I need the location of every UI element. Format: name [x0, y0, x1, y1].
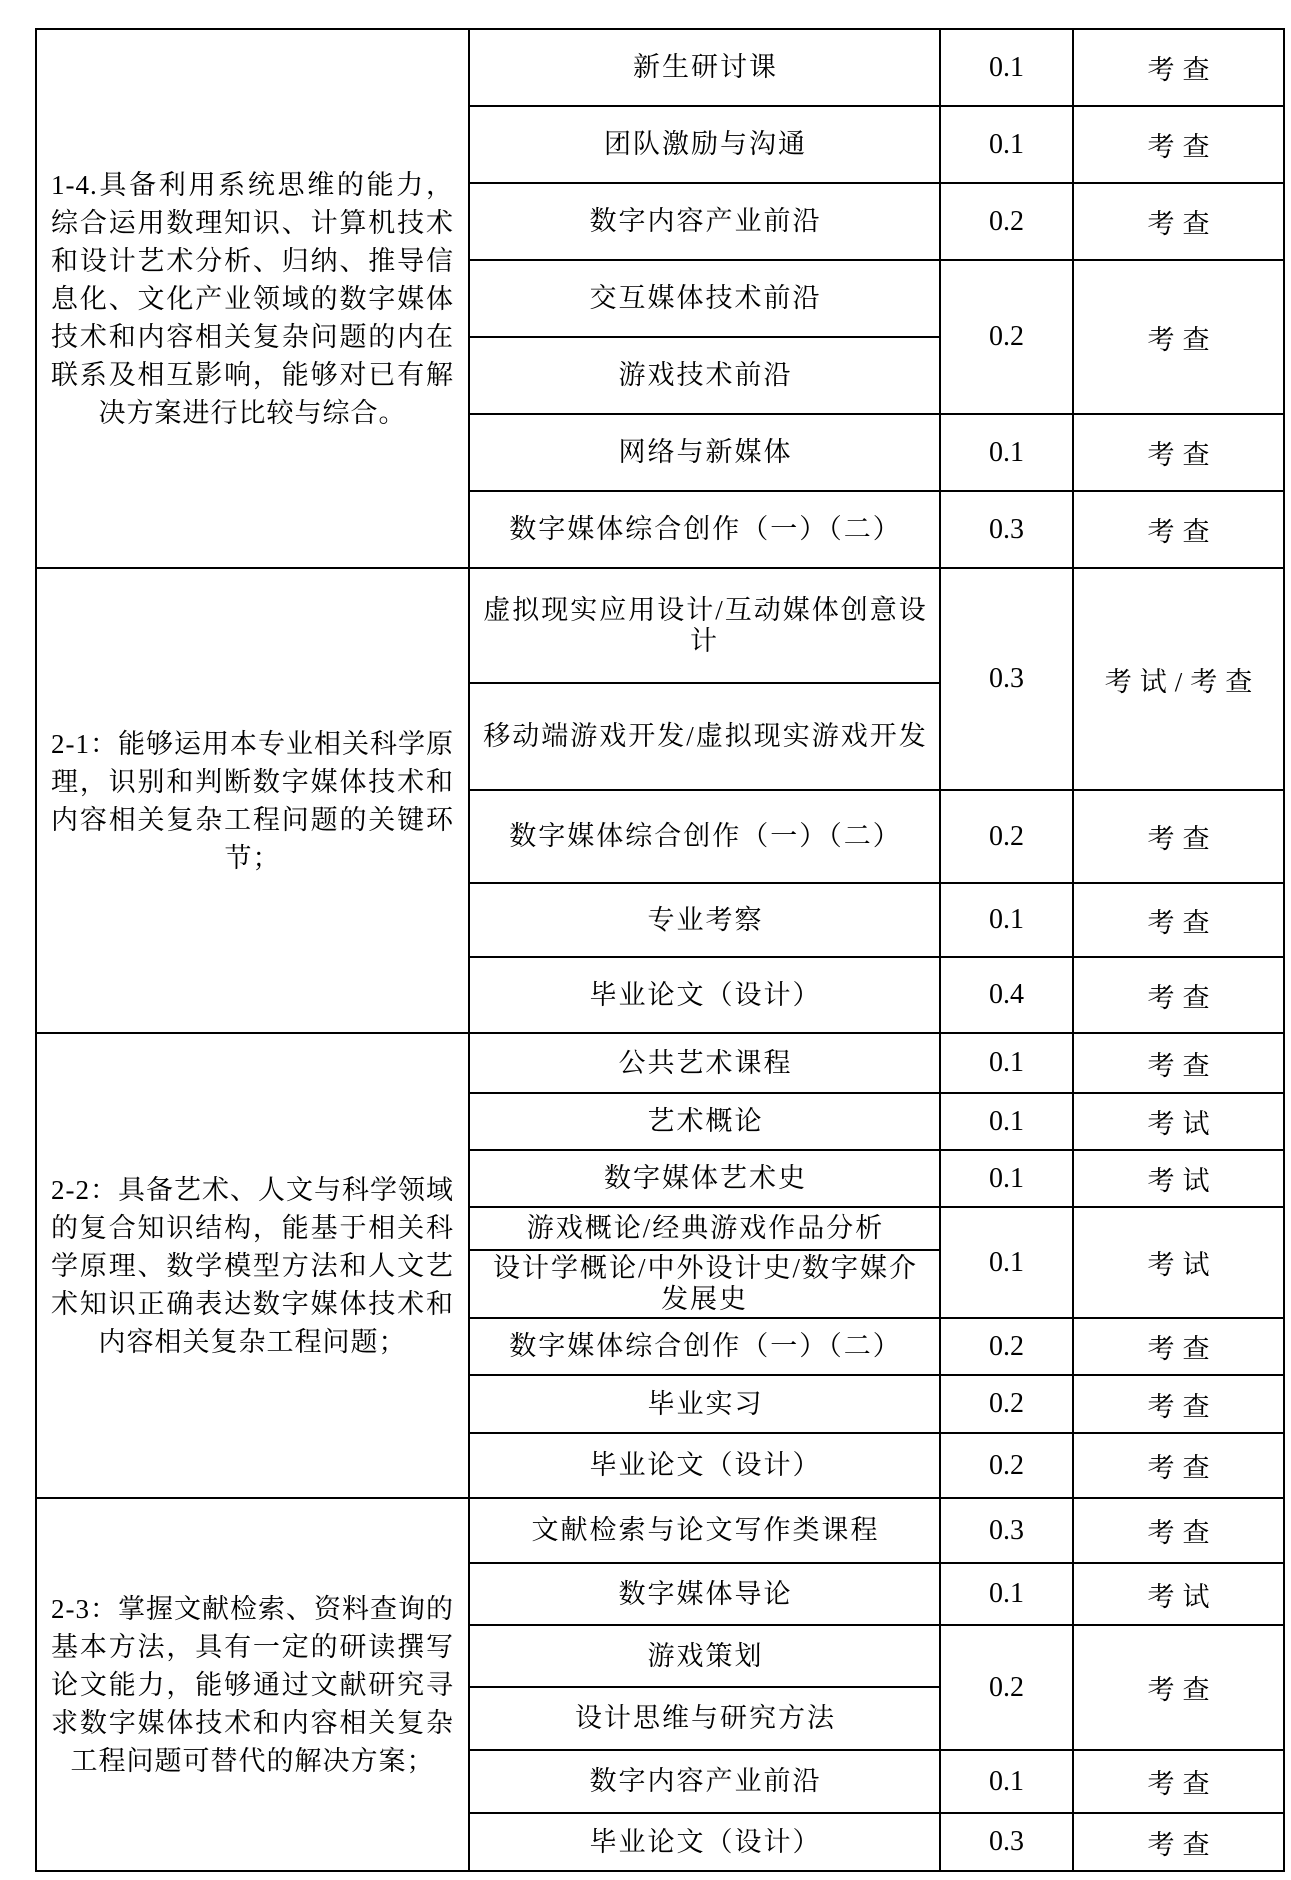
table-row: 1-4.具备利用系统思维的能力，综合运用数理知识、计算机技术和设计艺术分析、归纳… [36, 29, 1284, 106]
assessment-cell: 考试 [1073, 1150, 1284, 1207]
assessment-cell-merged: 考查 [1073, 1625, 1284, 1750]
course-cell: 毕业论文（设计） [469, 957, 940, 1033]
outcome-description-1-4: 1-4.具备利用系统思维的能力，综合运用数理知识、计算机技术和设计艺术分析、归纳… [36, 29, 469, 568]
course-cell: 数字媒体导论 [469, 1563, 940, 1625]
table-row: 2-3：掌握文献检索、资料查询的基本方法，具有一定的研读撰写论文能力，能够通过文… [36, 1498, 1284, 1563]
outcome-description-2-3: 2-3：掌握文献检索、资料查询的基本方法，具有一定的研读撰写论文能力，能够通过文… [36, 1498, 469, 1871]
course-cell: 数字媒体综合创作（一）（二） [469, 1318, 940, 1375]
table-row: 2-1：能够运用本专业相关科学原理，识别和判断数字媒体技术和内容相关复杂工程问题… [36, 568, 1284, 683]
course-cell: 公共艺术课程 [469, 1033, 940, 1093]
weight-cell: 0.2 [940, 1433, 1073, 1498]
weight-cell: 0.2 [940, 1318, 1073, 1375]
course-cell: 数字媒体综合创作（一）（二） [469, 491, 940, 568]
assessment-cell: 考查 [1073, 1750, 1284, 1813]
assessment-cell: 考查 [1073, 491, 1284, 568]
course-cell: 游戏策划 [469, 1625, 940, 1687]
course-cell: 网络与新媒体 [469, 414, 940, 491]
course-cell: 文献检索与论文写作类课程 [469, 1498, 940, 1563]
assessment-cell: 考查 [1073, 1318, 1284, 1375]
assessment-cell: 考查 [1073, 29, 1284, 106]
weight-cell-merged: 0.1 [940, 1207, 1073, 1318]
assessment-cell: 考试 [1073, 1093, 1284, 1150]
course-cell: 游戏概论/经典游戏作品分析 [469, 1207, 940, 1250]
course-cell: 新生研讨课 [469, 29, 940, 106]
course-cell: 数字媒体艺术史 [469, 1150, 940, 1207]
weight-cell: 0.4 [940, 957, 1073, 1033]
assessment-cell-merged: 考试/考查 [1073, 568, 1284, 790]
weight-cell-merged: 0.2 [940, 1625, 1073, 1750]
weight-cell: 0.1 [940, 1750, 1073, 1813]
course-cell: 设计学概论/中外设计史/数字媒介发展史 [469, 1250, 940, 1318]
course-cell: 毕业论文（设计） [469, 1433, 940, 1498]
outcome-course-matrix: 1-4.具备利用系统思维的能力，综合运用数理知识、计算机技术和设计艺术分析、归纳… [35, 28, 1285, 1872]
weight-cell: 0.2 [940, 1375, 1073, 1433]
assessment-cell: 考查 [1073, 790, 1284, 883]
assessment-cell: 考查 [1073, 1375, 1284, 1433]
assessment-cell: 考查 [1073, 957, 1284, 1033]
assessment-cell: 考查 [1073, 1433, 1284, 1498]
course-cell: 虚拟现实应用设计/互动媒体创意设计 [469, 568, 940, 683]
weight-cell: 0.1 [940, 1093, 1073, 1150]
weight-cell: 0.1 [940, 883, 1073, 957]
assessment-cell: 考查 [1073, 1498, 1284, 1563]
course-cell: 数字媒体综合创作（一）（二） [469, 790, 940, 883]
course-cell: 交互媒体技术前沿 [469, 260, 940, 337]
weight-cell: 0.1 [940, 1033, 1073, 1093]
assessment-cell: 考查 [1073, 106, 1284, 183]
assessment-cell-merged: 考查 [1073, 260, 1284, 414]
weight-cell: 0.1 [940, 1563, 1073, 1625]
weight-cell: 0.1 [940, 29, 1073, 106]
assessment-cell: 考查 [1073, 883, 1284, 957]
weight-cell: 0.3 [940, 1813, 1073, 1871]
assessment-cell-merged: 考试 [1073, 1207, 1284, 1318]
course-cell: 设计思维与研究方法 [469, 1687, 940, 1750]
course-cell: 数字内容产业前沿 [469, 1750, 940, 1813]
weight-cell: 0.2 [940, 790, 1073, 883]
assessment-cell: 考查 [1073, 414, 1284, 491]
course-cell: 游戏技术前沿 [469, 337, 940, 414]
weight-cell: 0.3 [940, 491, 1073, 568]
course-cell: 专业考察 [469, 883, 940, 957]
course-cell: 移动端游戏开发/虚拟现实游戏开发 [469, 683, 940, 790]
course-cell: 艺术概论 [469, 1093, 940, 1150]
assessment-cell: 考查 [1073, 1813, 1284, 1871]
weight-cell: 0.2 [940, 183, 1073, 260]
assessment-cell: 考查 [1073, 1033, 1284, 1093]
table-row: 2-2：具备艺术、人文与科学领域的复合知识结构，能基于相关科学原理、数学模型方法… [36, 1033, 1284, 1093]
assessment-cell: 考试 [1073, 1563, 1284, 1625]
outcome-description-2-2: 2-2：具备艺术、人文与科学领域的复合知识结构，能基于相关科学原理、数学模型方法… [36, 1033, 469, 1498]
weight-cell-merged: 0.2 [940, 260, 1073, 414]
weight-cell: 0.3 [940, 1498, 1073, 1563]
assessment-cell: 考查 [1073, 183, 1284, 260]
outcome-description-2-1: 2-1：能够运用本专业相关科学原理，识别和判断数字媒体技术和内容相关复杂工程问题… [36, 568, 469, 1033]
course-cell: 毕业实习 [469, 1375, 940, 1433]
course-cell: 团队激励与沟通 [469, 106, 940, 183]
course-cell: 毕业论文（设计） [469, 1813, 940, 1871]
weight-cell-merged: 0.3 [940, 568, 1073, 790]
course-cell: 数字内容产业前沿 [469, 183, 940, 260]
weight-cell: 0.1 [940, 414, 1073, 491]
weight-cell: 0.1 [940, 1150, 1073, 1207]
weight-cell: 0.1 [940, 106, 1073, 183]
